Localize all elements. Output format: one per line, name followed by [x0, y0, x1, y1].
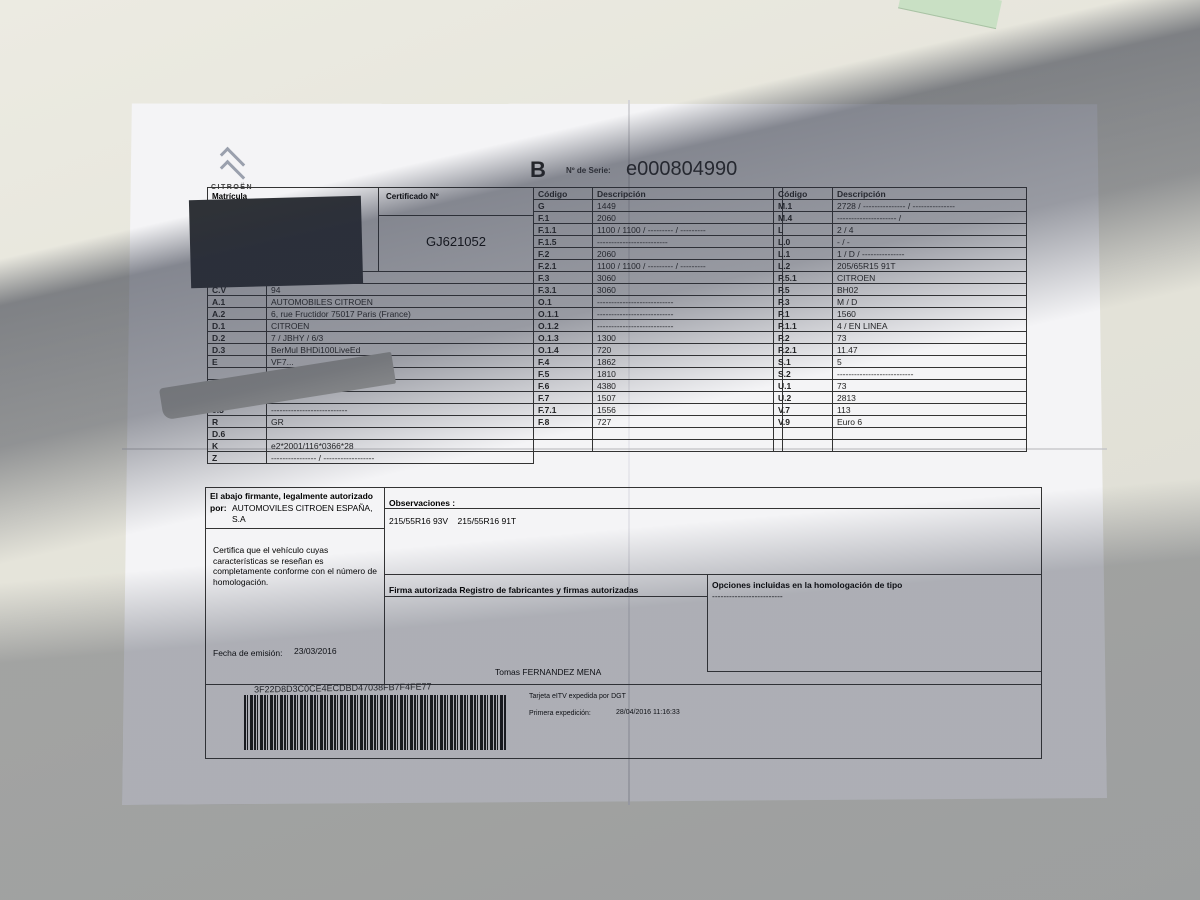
- middle-code-table: CódigoDescripciónG1449F.12060F.1.11100 /…: [533, 187, 783, 452]
- field-value: 7 / JBHY / 6/3: [267, 332, 534, 344]
- field-code: D.6: [208, 428, 267, 440]
- table-row: [774, 428, 1027, 440]
- header-codigo: Código: [534, 188, 593, 200]
- header-codigo: Código: [774, 188, 833, 200]
- field-code: U.2: [774, 392, 833, 404]
- sticky-note: [898, 0, 1002, 29]
- field-code: F.3.1: [534, 284, 593, 296]
- field-value: ---------------------------: [593, 320, 783, 332]
- field-code: L: [774, 224, 833, 236]
- table-row: F.22060: [534, 248, 783, 260]
- table-row: P.5BH02: [774, 284, 1027, 296]
- table-row: F.7.11556: [534, 404, 783, 416]
- field-value: 1100 / 1100 / --------- / ---------: [593, 224, 783, 236]
- table-row: P.3M / D: [774, 296, 1027, 308]
- field-code: S.2: [774, 368, 833, 380]
- table-row: Ke2*2001/116*0366*28: [208, 440, 534, 452]
- field-code: P.5.1: [774, 272, 833, 284]
- table-row: D.6: [208, 428, 534, 440]
- field-code: P.1: [774, 308, 833, 320]
- table-row: O.1.2---------------------------: [534, 320, 783, 332]
- form-letter: B: [530, 157, 546, 183]
- field-code: P.1.1: [774, 320, 833, 332]
- table-row: F.33060: [534, 272, 783, 284]
- field-value: [593, 428, 783, 440]
- field-code: L.0: [774, 236, 833, 248]
- field-value: ---------------- / ------------------: [267, 452, 534, 464]
- field-code: P.2: [774, 332, 833, 344]
- field-code: F.2.1: [534, 260, 593, 272]
- table-header: CódigoDescripción: [534, 188, 783, 200]
- field-value: 2728 / --------------- / ---------------: [833, 200, 1027, 212]
- field-code: O.1: [534, 296, 593, 308]
- table-row: F.41862: [534, 356, 783, 368]
- table-row: S.2---------------------------: [774, 368, 1027, 380]
- field-value: 1862: [593, 356, 783, 368]
- table-row: Z---------------- / ------------------: [208, 452, 534, 464]
- table-row: D.3BerMul BHDi100LiveEd: [208, 344, 534, 356]
- field-code: Z: [208, 452, 267, 464]
- primera-expedicion-label: Primera expedición:: [529, 710, 591, 717]
- field-code: F.4: [534, 356, 593, 368]
- field-code: S.1: [774, 356, 833, 368]
- certificado-label: Certificado Nº: [386, 192, 439, 201]
- field-value: BerMul BHDi100LiveEd: [267, 344, 534, 356]
- field-code: O.1.2: [534, 320, 593, 332]
- field-value: 1449: [593, 200, 783, 212]
- field-code: R: [208, 416, 267, 428]
- field-code: F.8: [534, 416, 593, 428]
- divider: [206, 528, 384, 529]
- divider: [378, 215, 533, 216]
- field-value: 3060: [593, 272, 783, 284]
- barcode: [244, 695, 506, 750]
- opciones-label: Opciones incluidas en la homologación de…: [712, 580, 902, 590]
- divider: [385, 508, 1040, 509]
- serie-label: Nº de Serie:: [566, 166, 611, 175]
- field-value: 2 / 4: [833, 224, 1027, 236]
- table-row: L.11 / D / ---------------: [774, 248, 1027, 260]
- field-value: - / -: [833, 236, 1027, 248]
- table-row: U.173: [774, 380, 1027, 392]
- table-row: P.11560: [774, 308, 1027, 320]
- table-row: L.0- / -: [774, 236, 1027, 248]
- table-row: D.1CITROEN: [208, 320, 534, 332]
- field-value: 6, rue Fructidor 75017 Paris (France): [267, 308, 534, 320]
- table-row: F.64380: [534, 380, 783, 392]
- field-code: U.1: [774, 380, 833, 392]
- field-value: 11.47: [833, 344, 1027, 356]
- field-code: F.3: [534, 272, 593, 284]
- table-row: M.12728 / --------------- / ------------…: [774, 200, 1027, 212]
- field-value: CITROEN: [833, 272, 1027, 284]
- field-value: 720: [593, 344, 783, 356]
- field-code: F.1.5: [534, 236, 593, 248]
- divider: [385, 596, 707, 597]
- field-code: L.2: [774, 260, 833, 272]
- field-value: 205/65R15 91T: [833, 260, 1027, 272]
- field-code: G: [534, 200, 593, 212]
- field-code: D.3: [208, 344, 267, 356]
- signatory-section: El abajo firmante, legalmente autorizado…: [206, 488, 385, 685]
- field-value: 73: [833, 332, 1027, 344]
- table-row: L2 / 4: [774, 224, 1027, 236]
- field-code: A.2: [208, 308, 267, 320]
- field-value: AUTOMOBILES CITROEN: [267, 296, 534, 308]
- field-code: F.7.1: [534, 404, 593, 416]
- eitv-label: Tarjeta eITV expedida por DGT: [529, 693, 626, 700]
- table-row: [534, 428, 783, 440]
- field-value: 1 / D / ---------------: [833, 248, 1027, 260]
- fecha-label: Fecha de emisión:: [213, 648, 282, 658]
- por-label: por:: [210, 503, 227, 513]
- field-code: P.5: [774, 284, 833, 296]
- observaciones-section: Observaciones : 215/55R16 93V 215/55R16 …: [385, 488, 1040, 574]
- field-value: 2060: [593, 248, 783, 260]
- field-value: 5: [833, 356, 1027, 368]
- field-code: L.1: [774, 248, 833, 260]
- field-code: F.2: [534, 248, 593, 260]
- field-value: ---------------------------: [833, 368, 1027, 380]
- table-row: M.4--------------------- /: [774, 212, 1027, 224]
- field-code: D.1: [208, 320, 267, 332]
- table-row: F.8727: [534, 416, 783, 428]
- field-value: 94: [267, 284, 534, 296]
- field-code: [774, 440, 833, 452]
- field-value: [833, 428, 1027, 440]
- field-value: 3060: [593, 284, 783, 296]
- field-value: -------------------------: [593, 236, 783, 248]
- field-value: 4380: [593, 380, 783, 392]
- observaciones-value: 215/55R16 93V 215/55R16 91T: [389, 516, 516, 526]
- signatory-heading: El abajo firmante, legalmente autorizado: [210, 491, 373, 501]
- field-value: CITROEN: [267, 320, 534, 332]
- field-code: F.5: [534, 368, 593, 380]
- field-code: O.1.1: [534, 308, 593, 320]
- table-row: U.22813: [774, 392, 1027, 404]
- field-code: F.1: [534, 212, 593, 224]
- field-value: ---------------------------: [593, 308, 783, 320]
- field-code: F.1.1: [534, 224, 593, 236]
- table-row: P.1.14 / EN LINEA: [774, 320, 1027, 332]
- table-row: S.15: [774, 356, 1027, 368]
- table-row: [534, 440, 783, 452]
- table-row: O.1.1---------------------------: [534, 308, 783, 320]
- field-value: 1300: [593, 332, 783, 344]
- citroen-logo: CITROËN: [207, 152, 257, 191]
- field-code: D.2: [208, 332, 267, 344]
- field-value: ---------------------------: [593, 296, 783, 308]
- observaciones-label: Observaciones :: [389, 498, 455, 508]
- opciones-value: -------------------------: [712, 591, 783, 601]
- right-code-table: CódigoDescripciónM.12728 / -------------…: [773, 187, 1027, 452]
- field-code: [534, 428, 593, 440]
- opciones-section: Opciones incluidas en la homologación de…: [707, 574, 1041, 672]
- field-code: V.9: [774, 416, 833, 428]
- table-row: L.2205/65R15 91T: [774, 260, 1027, 272]
- field-code: [534, 440, 593, 452]
- table-row: D.27 / JBHY / 6/3: [208, 332, 534, 344]
- field-value: ---------------------------: [267, 404, 534, 416]
- primera-expedicion-value: 28/04/2016 11:16:33: [616, 709, 680, 716]
- field-value: M / D: [833, 296, 1027, 308]
- field-code: A.1: [208, 296, 267, 308]
- field-code: O.1.4: [534, 344, 593, 356]
- field-value: 113: [833, 404, 1027, 416]
- table-row: [774, 440, 1027, 452]
- table-row: G1449: [534, 200, 783, 212]
- field-code: E: [208, 356, 267, 368]
- field-value: --------------------- /: [833, 212, 1027, 224]
- firma-section: Firma autorizada Registro de fabricantes…: [385, 574, 707, 685]
- certificado-number: GJ621052: [426, 234, 486, 249]
- table-row: A.26, rue Fructidor 75017 Paris (France): [208, 308, 534, 320]
- certification-box: El abajo firmante, legalmente autorizado…: [205, 487, 1042, 759]
- header-descripcion: Descripción: [833, 188, 1027, 200]
- table-row: F.1.5-------------------------: [534, 236, 783, 248]
- header-descripcion: Descripción: [593, 188, 783, 200]
- field-value: 73: [833, 380, 1027, 392]
- table-row: F.12060: [534, 212, 783, 224]
- field-value: 1560: [833, 308, 1027, 320]
- field-value: 727: [593, 416, 783, 428]
- field-value: 1507: [593, 392, 783, 404]
- field-value: GR: [267, 416, 534, 428]
- field-value: 1100 / 1100 / --------- / ---------: [593, 260, 783, 272]
- field-code: K: [208, 440, 267, 452]
- field-value: 2813: [833, 392, 1027, 404]
- field-code: M.1: [774, 200, 833, 212]
- field-value: 2060: [593, 212, 783, 224]
- table-row: F.51810: [534, 368, 783, 380]
- serie-number: e000804990: [626, 158, 737, 181]
- table-row: P.5.1CITROEN: [774, 272, 1027, 284]
- document-hash: 3F22D8D3C0CE4ECDBD47038FB7F4FE77: [254, 681, 432, 694]
- field-value: [833, 440, 1027, 452]
- field-value: 4 / EN LINEA: [833, 320, 1027, 332]
- certification-text: Certifica que el vehículo cuyas caracter…: [213, 545, 378, 587]
- field-value: [267, 428, 534, 440]
- field-code: M.4: [774, 212, 833, 224]
- field-value: [593, 440, 783, 452]
- signatory-name: Tomas FERNANDEZ MENA: [495, 667, 601, 677]
- fecha-value: 23/03/2016: [294, 646, 337, 656]
- table-row: RGR: [208, 416, 534, 428]
- field-code: V.7: [774, 404, 833, 416]
- divider: [378, 188, 379, 271]
- table-row: V.7113: [774, 404, 1027, 416]
- table-row: P.2.111.47: [774, 344, 1027, 356]
- table-row: F.3.13060: [534, 284, 783, 296]
- field-value: e2*2001/116*0366*28: [267, 440, 534, 452]
- company-name: AUTOMOVILES CITROEN ESPAÑA, S.A: [232, 503, 382, 525]
- table-row: F.71507: [534, 392, 783, 404]
- field-value: BH02: [833, 284, 1027, 296]
- field-code: O.1.3: [534, 332, 593, 344]
- table-row: O.1.31300: [534, 332, 783, 344]
- field-value: Euro 6: [833, 416, 1027, 428]
- field-code: F.7: [534, 392, 593, 404]
- redaction-tape: [189, 196, 363, 288]
- table-row: F.2.11100 / 1100 / --------- / ---------: [534, 260, 783, 272]
- table-row: O.1---------------------------: [534, 296, 783, 308]
- field-value: 1556: [593, 404, 783, 416]
- table-row: F.1.11100 / 1100 / --------- / ---------: [534, 224, 783, 236]
- field-code: [774, 428, 833, 440]
- table-row: A.1AUTOMOBILES CITROEN: [208, 296, 534, 308]
- field-value: 1810: [593, 368, 783, 380]
- field-code: P.3: [774, 296, 833, 308]
- field-code: P.2.1: [774, 344, 833, 356]
- table-header: CódigoDescripción: [774, 188, 1027, 200]
- table-row: O.1.4720: [534, 344, 783, 356]
- table-row: P.273: [774, 332, 1027, 344]
- table-row: V.9Euro 6: [774, 416, 1027, 428]
- firma-label: Firma autorizada Registro de fabricantes…: [389, 585, 638, 595]
- field-code: F.6: [534, 380, 593, 392]
